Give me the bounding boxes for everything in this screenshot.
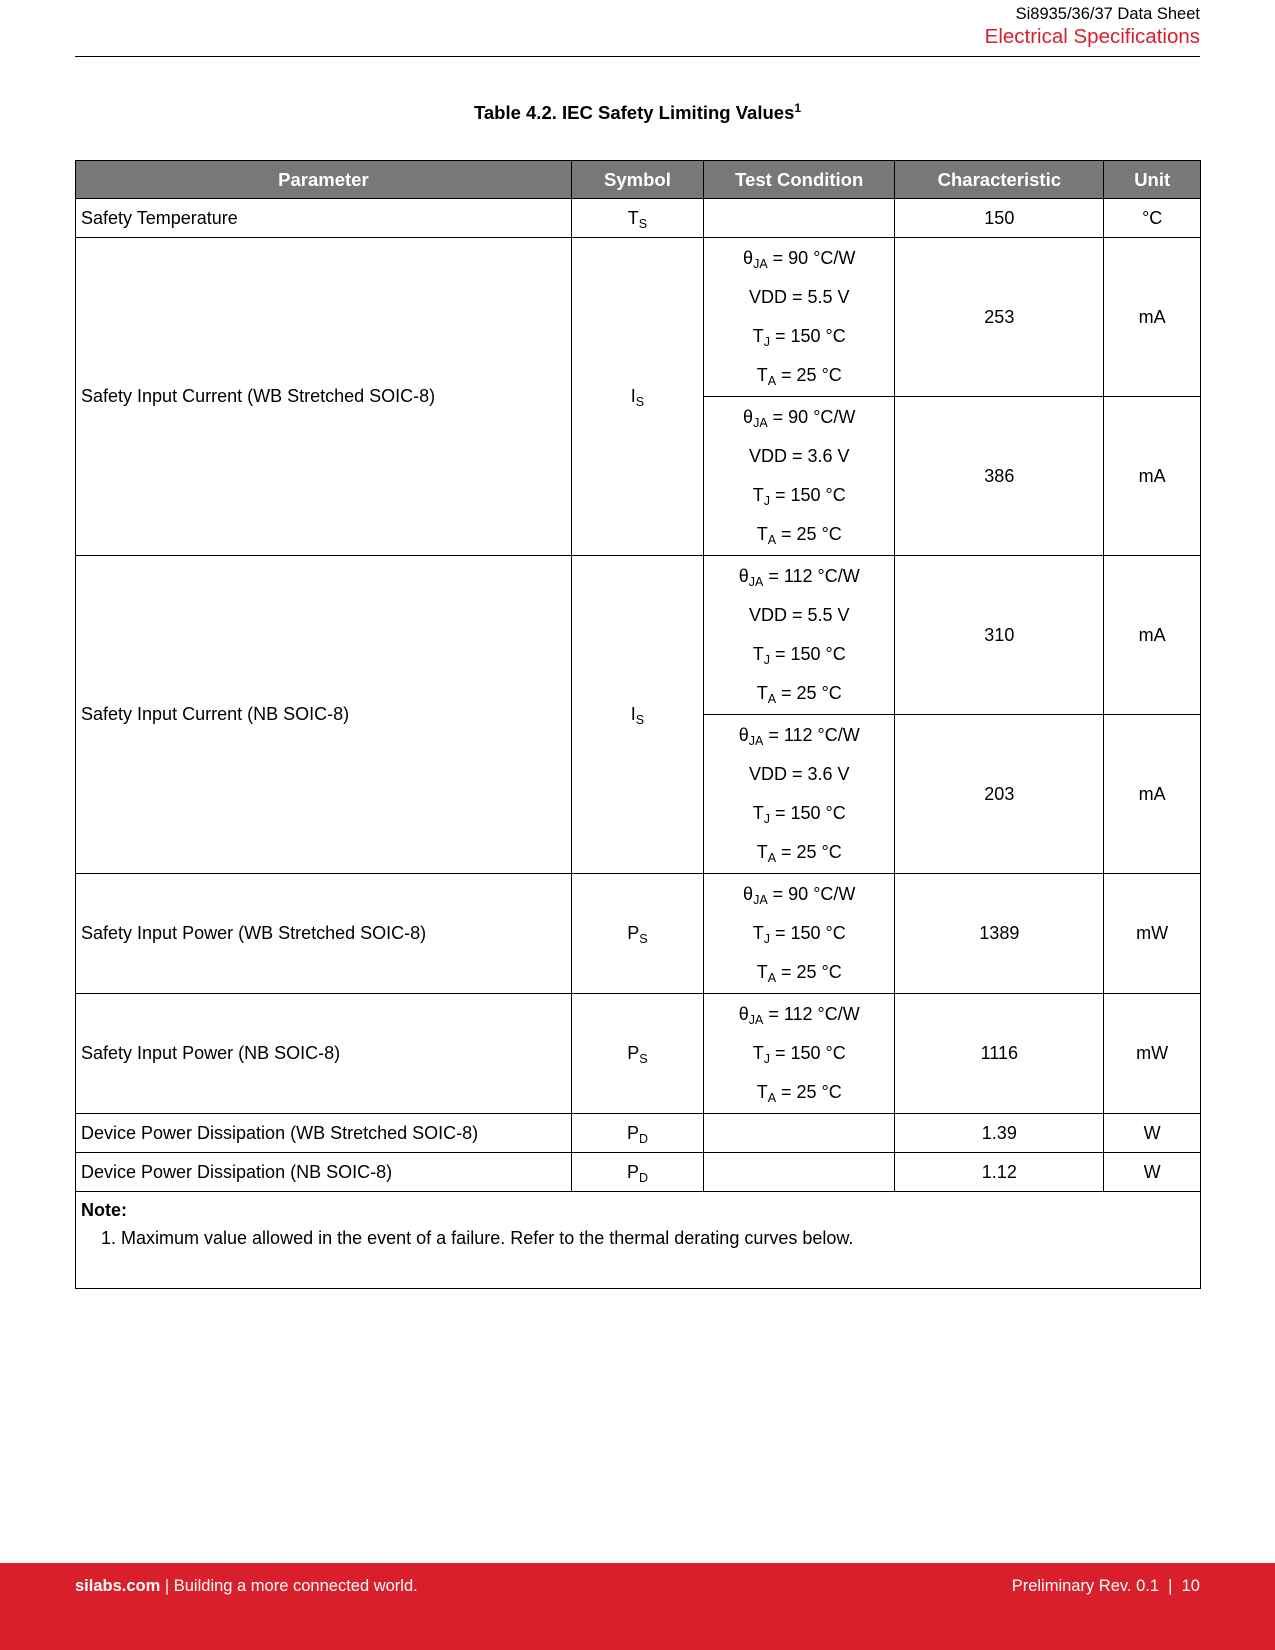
table-row: Safety TemperatureTS150°C — [76, 199, 1201, 238]
unit-cell: mA — [1104, 238, 1201, 397]
condition-line: VDD = 5.5 V — [704, 278, 894, 317]
condition-line: TA = 25 °C — [704, 356, 894, 395]
condition-subscript: A — [768, 692, 776, 706]
condition-symbol: T — [753, 485, 764, 505]
footer-site-link[interactable]: silabs.com — [75, 1577, 160, 1595]
condition-symbol: θ — [743, 407, 753, 427]
condition-line: θJA = 112 °C/W — [704, 995, 894, 1034]
condition-subscript: A — [768, 533, 776, 547]
characteristic-value-cell: 1.12 — [895, 1153, 1104, 1192]
footer-left: silabs.com | Building a more connected w… — [75, 1577, 418, 1596]
condition-value: = 150 °C — [770, 644, 846, 664]
condition-line: VDD = 3.6 V — [704, 755, 894, 794]
symbol-text: P — [627, 1162, 639, 1182]
symbol-subscript: S — [639, 932, 647, 946]
col-header-parameter: Parameter — [76, 161, 572, 199]
test-condition-cell: θJA = 112 °C/WTJ = 150 °CTA = 25 °C — [704, 994, 895, 1114]
parameter-cell: Safety Temperature — [76, 199, 572, 238]
condition-value: = 25 °C — [776, 1082, 842, 1102]
condition-line: TA = 25 °C — [704, 953, 894, 992]
condition-symbol: T — [753, 1043, 764, 1063]
test-condition-cell — [704, 1153, 895, 1192]
parameter-cell: Safety Input Current (WB Stretched SOIC-… — [76, 238, 572, 556]
footer-revision-page: Preliminary Rev. 0.1 | 10 — [1012, 1577, 1200, 1596]
condition-symbol: T — [753, 803, 764, 823]
condition-value: = 112 °C/W — [763, 1004, 859, 1024]
note-cell: Note: 1. Maximum value allowed in the ev… — [76, 1192, 1201, 1289]
condition-value: = 150 °C — [770, 803, 846, 823]
condition-line: TA = 25 °C — [704, 833, 894, 872]
page-footer: silabs.com | Building a more connected w… — [0, 1563, 1275, 1650]
symbol-subscript: S — [639, 217, 647, 231]
symbol-cell: PD — [571, 1153, 703, 1192]
condition-symbol: T — [753, 644, 764, 664]
symbol-text: P — [627, 1123, 639, 1143]
condition-symbol: VDD = 5.5 V — [749, 605, 850, 625]
condition-subscript: JA — [749, 1013, 764, 1027]
table-row: Safety Input Power (WB Stretched SOIC-8)… — [76, 874, 1201, 994]
symbol-subscript: S — [636, 395, 644, 409]
symbol-text: T — [628, 208, 639, 228]
condition-line: TJ = 150 °C — [704, 1034, 894, 1073]
unit-cell: W — [1104, 1153, 1201, 1192]
symbol-cell: PD — [571, 1114, 703, 1153]
condition-line: TJ = 150 °C — [704, 317, 894, 356]
unit-cell: W — [1104, 1114, 1201, 1153]
condition-value: = 150 °C — [770, 1043, 846, 1063]
parameter-cell: Safety Input Power (NB SOIC-8) — [76, 994, 572, 1114]
condition-symbol: T — [757, 524, 768, 544]
symbol-cell: TS — [571, 199, 703, 238]
condition-symbol: θ — [739, 725, 749, 745]
condition-value: = 25 °C — [776, 365, 842, 385]
table-row: Safety Input Current (NB SOIC-8)ISθJA = … — [76, 556, 1201, 715]
symbol-cell: PS — [571, 874, 703, 994]
characteristic-value-cell: 253 — [895, 238, 1104, 397]
symbol-text: P — [627, 1043, 639, 1063]
table-row: Device Power Dissipation (NB SOIC-8)PD1.… — [76, 1153, 1201, 1192]
symbol-subscript: D — [639, 1132, 648, 1146]
condition-symbol: T — [757, 365, 768, 385]
title-footnote-marker: 1 — [794, 101, 801, 115]
condition-subscript: JA — [753, 416, 768, 430]
test-condition-cell — [704, 199, 895, 238]
table-row: Device Power Dissipation (WB Stretched S… — [76, 1114, 1201, 1153]
condition-symbol: T — [757, 1082, 768, 1102]
document-title: Si8935/36/37 Data Sheet — [1016, 5, 1200, 24]
condition-subscript: A — [768, 374, 776, 388]
condition-symbol: VDD = 3.6 V — [749, 446, 850, 466]
condition-line: TJ = 150 °C — [704, 794, 894, 833]
characteristic-value-cell: 1116 — [895, 994, 1104, 1114]
col-header-symbol: Symbol — [571, 161, 703, 199]
condition-line: TA = 25 °C — [704, 1073, 894, 1112]
table-title-text: Table 4.2. IEC Safety Limiting Values — [474, 102, 794, 123]
col-header-characteristic: Characteristic — [895, 161, 1104, 199]
symbol-cell: IS — [571, 556, 703, 874]
condition-line: VDD = 5.5 V — [704, 596, 894, 635]
condition-subscript: A — [768, 851, 776, 865]
condition-value: = 25 °C — [776, 683, 842, 703]
characteristic-value-cell: 203 — [895, 715, 1104, 874]
condition-subscript: A — [768, 971, 776, 985]
unit-cell: mA — [1104, 715, 1201, 874]
condition-symbol: θ — [739, 566, 749, 586]
condition-symbol: T — [753, 923, 764, 943]
test-condition-cell: θJA = 90 °C/WVDD = 3.6 VTJ = 150 °CTA = … — [704, 397, 895, 556]
parameter-cell: Device Power Dissipation (NB SOIC-8) — [76, 1153, 572, 1192]
note-heading: Note: — [81, 1200, 1200, 1221]
condition-value: = 112 °C/W — [763, 566, 859, 586]
characteristic-value-cell: 310 — [895, 556, 1104, 715]
condition-line: TJ = 150 °C — [704, 476, 894, 515]
condition-symbol: T — [757, 842, 768, 862]
characteristic-value-cell: 150 — [895, 199, 1104, 238]
table-row: Safety Input Current (WB Stretched SOIC-… — [76, 238, 1201, 397]
condition-value: = 25 °C — [776, 962, 842, 982]
col-header-test-condition: Test Condition — [704, 161, 895, 199]
symbol-subscript: S — [636, 713, 644, 727]
parameter-cell: Safety Input Current (NB SOIC-8) — [76, 556, 572, 874]
test-condition-cell: θJA = 90 °C/WVDD = 5.5 VTJ = 150 °CTA = … — [704, 238, 895, 397]
condition-symbol: θ — [743, 248, 753, 268]
condition-value: = 150 °C — [770, 923, 846, 943]
condition-subscript: JA — [749, 734, 764, 748]
symbol-cell: IS — [571, 238, 703, 556]
test-condition-cell: θJA = 90 °C/WTJ = 150 °CTA = 25 °C — [704, 874, 895, 994]
footer-tagline: | Building a more connected world. — [160, 1577, 417, 1595]
condition-line: TA = 25 °C — [704, 674, 894, 713]
condition-value: = 90 °C/W — [768, 884, 856, 904]
table-row: Safety Input Power (NB SOIC-8)PSθJA = 11… — [76, 994, 1201, 1114]
parameter-cell: Device Power Dissipation (WB Stretched S… — [76, 1114, 572, 1153]
unit-cell: mA — [1104, 556, 1201, 715]
table-title: Table 4.2. IEC Safety Limiting Values1 — [0, 101, 1275, 124]
symbol-text: P — [627, 923, 639, 943]
section-title: Electrical Specifications — [985, 25, 1200, 49]
condition-value: = 25 °C — [776, 842, 842, 862]
condition-line: TA = 25 °C — [704, 515, 894, 554]
condition-value: = 90 °C/W — [768, 248, 856, 268]
condition-value: = 90 °C/W — [768, 407, 856, 427]
condition-line: θJA = 112 °C/W — [704, 716, 894, 755]
condition-line: θJA = 90 °C/W — [704, 398, 894, 437]
table-header-row: Parameter Symbol Test Condition Characte… — [76, 161, 1201, 199]
condition-subscript: JA — [753, 257, 768, 271]
characteristic-value-cell: 1.39 — [895, 1114, 1104, 1153]
characteristic-value-cell: 1389 — [895, 874, 1104, 994]
condition-symbol: T — [757, 683, 768, 703]
characteristic-value-cell: 386 — [895, 397, 1104, 556]
unit-cell: °C — [1104, 199, 1201, 238]
test-condition-cell — [704, 1114, 895, 1153]
note-row: Note: 1. Maximum value allowed in the ev… — [76, 1192, 1201, 1289]
symbol-cell: PS — [571, 994, 703, 1114]
condition-symbol: VDD = 5.5 V — [749, 287, 850, 307]
condition-line: θJA = 112 °C/W — [704, 557, 894, 596]
unit-cell: mW — [1104, 874, 1201, 994]
col-header-unit: Unit — [1104, 161, 1201, 199]
condition-line: θJA = 90 °C/W — [704, 875, 894, 914]
condition-symbol: T — [753, 326, 764, 346]
safety-limiting-values-table: Parameter Symbol Test Condition Characte… — [75, 160, 1201, 1289]
condition-value: = 150 °C — [770, 326, 846, 346]
condition-line: TJ = 150 °C — [704, 914, 894, 953]
symbol-subscript: D — [639, 1171, 648, 1185]
condition-subscript: JA — [753, 893, 768, 907]
test-condition-cell: θJA = 112 °C/WVDD = 3.6 VTJ = 150 °CTA =… — [704, 715, 895, 874]
symbol-subscript: S — [639, 1052, 647, 1066]
test-condition-cell: θJA = 112 °C/WVDD = 5.5 VTJ = 150 °CTA =… — [704, 556, 895, 715]
unit-cell: mW — [1104, 994, 1201, 1114]
condition-subscript: JA — [749, 575, 764, 589]
header-divider — [75, 56, 1200, 57]
condition-symbol: θ — [739, 1004, 749, 1024]
unit-cell: mA — [1104, 397, 1201, 556]
condition-value: = 25 °C — [776, 524, 842, 544]
condition-symbol: θ — [743, 884, 753, 904]
condition-value: = 112 °C/W — [763, 725, 859, 745]
condition-symbol: VDD = 3.6 V — [749, 764, 850, 784]
note-item: 1. Maximum value allowed in the event of… — [81, 1228, 1200, 1249]
condition-line: VDD = 3.6 V — [704, 437, 894, 476]
condition-line: θJA = 90 °C/W — [704, 239, 894, 278]
parameter-cell: Safety Input Power (WB Stretched SOIC-8) — [76, 874, 572, 994]
condition-line: TJ = 150 °C — [704, 635, 894, 674]
condition-symbol: T — [757, 962, 768, 982]
condition-subscript: A — [768, 1091, 776, 1105]
condition-value: = 150 °C — [770, 485, 846, 505]
